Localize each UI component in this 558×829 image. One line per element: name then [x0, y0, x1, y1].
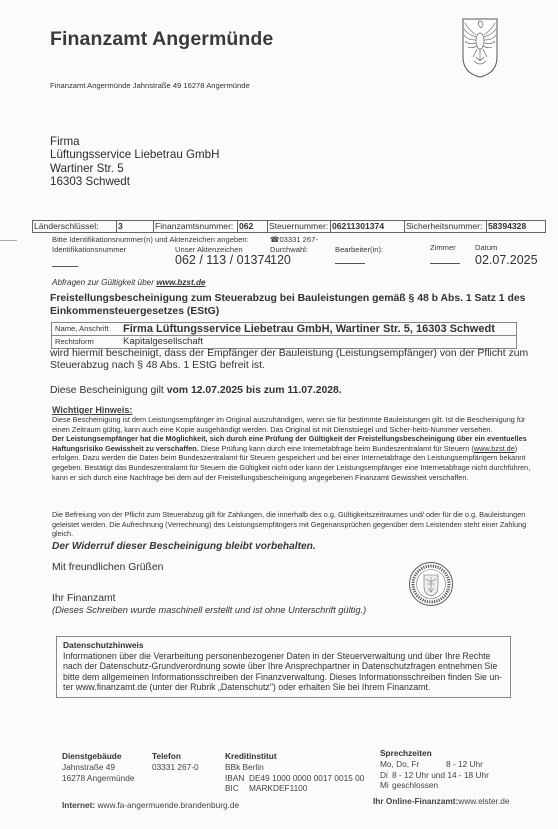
validity-query: Abfragen zur Gültigkeit über www.bzst.de [52, 278, 206, 287]
validity-prefix: Diese Bescheinigung gilt [50, 385, 167, 396]
recipient-line-4: 16303 Schwedt [50, 175, 220, 188]
online-label: Ihr Online-Finanzamt: [373, 796, 458, 806]
aktenzeichen-value: 062 / 113 / 01374 [175, 253, 271, 267]
validity-query-text: Abfragen zur Gültigkeit über [52, 278, 156, 287]
bic-value: MARKDEF1100 [249, 783, 307, 793]
certificate-heading: Freistellungsbescheinigung zum Steuerabz… [50, 293, 540, 318]
iban-label: IBAN [225, 773, 249, 784]
finanzamtsnummer-label: Finanzamtsnummer: [153, 220, 238, 233]
bic-row: BICMARKDEF1100 [225, 783, 364, 794]
phone-number: 03331 267-0 [152, 762, 199, 773]
hours-days-2: Di [380, 770, 392, 781]
durchwahl-value: 120 [270, 253, 291, 267]
building-city: 16278 Angermünde [62, 773, 134, 784]
footer-building: Dienstgebäude Jahnstraße 49 16278 Angerm… [62, 751, 134, 783]
footer-online: Ihr Online-Finanzamt:www.elster.de [373, 796, 509, 806]
privacy-notice: Datenschutzhinweis Informationen über di… [56, 636, 511, 698]
internet-label: Internet: [62, 800, 95, 810]
exemption-text: Die Befreiung von der Pflicht zum Steuer… [52, 510, 542, 539]
legal-form-row: Rechtsform Kapitalgesellschaft [52, 335, 516, 348]
hours-days-3: Mi [380, 780, 392, 791]
sicherheitsnummer-number: 58394328 [488, 221, 526, 231]
finanzamtsnummer-number: 062 [239, 221, 253, 231]
bic-label: BIC [225, 783, 249, 794]
sender-line: Finanzamt Angermünde Jahnstraße 49 16278… [50, 81, 250, 90]
name-value: Firma Lüftungsservice Liebetrau GmbH, Wa… [123, 323, 495, 335]
laenderschluessel-label: Länderschlüssel: [32, 220, 117, 233]
zimmer-blank [430, 263, 460, 264]
greeting: Mit freundlichen Grüßen [52, 562, 163, 573]
sicherheitsnummer-value: 58394328 [486, 220, 546, 233]
elster-link[interactable]: www.elster.de [458, 796, 509, 806]
hours-time-1: 8 - 12 Uhr [446, 759, 483, 769]
hours-days-1: Mo, Do, Fr [380, 759, 446, 770]
iban-value: DE49 1000 0000 0017 0015 00 [249, 773, 364, 783]
id-instruction: Bitte Identifikationsnummer(n) und Akten… [52, 235, 249, 244]
sicherheitsnummer-label: Sicherheitsnummer: [404, 220, 487, 233]
fold-mark [0, 240, 17, 241]
recipient-address: Firma Lüftungsservice Liebetrau GmbH War… [50, 135, 220, 189]
brandenburg-crest-icon [461, 17, 499, 79]
footer-internet: Internet: www.fa-angermuende.brandenburg… [62, 800, 239, 810]
bzst-link[interactable]: www.bzst.de [156, 278, 205, 287]
phone-label: Telefon [152, 751, 199, 762]
hours-label: Sprechzeiten [380, 748, 489, 759]
bzst-link-2[interactable]: www.bzst.de [474, 444, 515, 453]
machine-note: (Dieses Schreiben wurde maschinell erste… [52, 605, 366, 615]
privacy-text: Informationen über die Verarbeitung pers… [63, 651, 505, 693]
laenderschluessel-value: 3 [116, 220, 154, 233]
identifikationsnummer-blank [52, 266, 78, 267]
footer-bank: Kreditinstitut BBk Berlin IBANDE49 1000 … [225, 751, 364, 794]
internet-link[interactable]: www.fa-angermuende.brandenburg.de [98, 800, 240, 810]
recipient-line-1: Firma [50, 135, 220, 148]
laenderschluessel-number: 3 [118, 221, 123, 231]
building-label: Dienstgebäude [62, 751, 134, 762]
footer-phone: Telefon 03331 267-0 [152, 751, 199, 773]
identifikationsnummer-label: Identifikationsnummer [52, 245, 126, 254]
hours-row-3: Migeschlossen [380, 780, 489, 791]
bearbeiter-blank [335, 263, 365, 264]
iban-row: IBANDE49 1000 0000 0017 0015 00 [225, 773, 364, 784]
signature: Ihr Finanzamt [52, 593, 116, 604]
notice-paragraph-1: Diese Bescheinigung ist dem Leistungsemp… [52, 415, 542, 434]
notice-text: Diese Bescheinigung ist dem Leistungsemp… [52, 415, 542, 482]
certification-text: wird hiermit bescheinigt, dass der Empfä… [50, 348, 540, 373]
revocation-note: Der Widerruf dieser Bescheinigung bleibt… [52, 541, 316, 552]
name-label: Name, Anschrift [52, 323, 123, 335]
finanzamtsnummer-value: 062 [237, 220, 268, 233]
datum-value: 02.07.2025 [475, 253, 538, 267]
hours-row-1: Mo, Do, Fr8 - 12 Uhr [380, 759, 489, 770]
footer-hours: Sprechzeiten Mo, Do, Fr8 - 12 Uhr Di8 - … [380, 748, 489, 791]
official-seal-icon [408, 561, 454, 607]
bearbeiter-label: Bearbeiter(in): [335, 245, 383, 254]
id-row: Länderschlüssel: 3 Finanzamtsnummer: 062… [32, 220, 545, 233]
legal-form-value: Kapitalgesellschaft [123, 336, 203, 348]
steuernummer-label: Steuernummer: [267, 220, 331, 233]
validity-dates: vom 12.07.2025 bis zum 11.07.2028. [167, 385, 342, 396]
legal-form-label: Rechtsform [52, 336, 123, 348]
notice-paragraph-2: Der Leistungsempfänger hat die Möglichke… [52, 434, 542, 482]
hours-time-2: 8 - 12 Uhr und 14 - 18 Uhr [392, 770, 489, 780]
privacy-title: Datenschutzhinweis [63, 640, 505, 651]
recipient-line-3: Wartiner Str. 5 [50, 162, 220, 175]
hours-row-2: Di8 - 12 Uhr und 14 - 18 Uhr [380, 770, 489, 781]
building-street: Jahnstraße 49 [62, 762, 134, 773]
office-title: Finanzamt Angermünde [50, 28, 273, 51]
notice-text-a: Diese Prüfung kann durch eine Internetab… [199, 444, 474, 453]
bank-name: BBk Berlin [225, 762, 364, 773]
phone-prefix: ☎03331 267- [270, 235, 318, 244]
datum-label: Datum [475, 243, 497, 252]
zimmer-label: Zimmer [430, 243, 456, 252]
hours-time-3: geschlossen [392, 780, 438, 790]
recipient-line-2: Lüftungsservice Liebetrau GmbH [50, 148, 220, 161]
company-name-row: Name, Anschrift Firma Lüftungsservice Li… [52, 323, 516, 335]
bank-label: Kreditinstitut [225, 751, 364, 762]
steuernummer-value: 06211301374 [330, 220, 405, 233]
steuernummer-number: 06211301374 [332, 221, 384, 231]
company-table: Name, Anschrift Firma Lüftungsservice Li… [51, 322, 517, 349]
notice-title: Wichtiger Hinweis: [52, 405, 132, 415]
validity-period: Diese Bescheinigung gilt vom 12.07.2025 … [50, 385, 342, 396]
